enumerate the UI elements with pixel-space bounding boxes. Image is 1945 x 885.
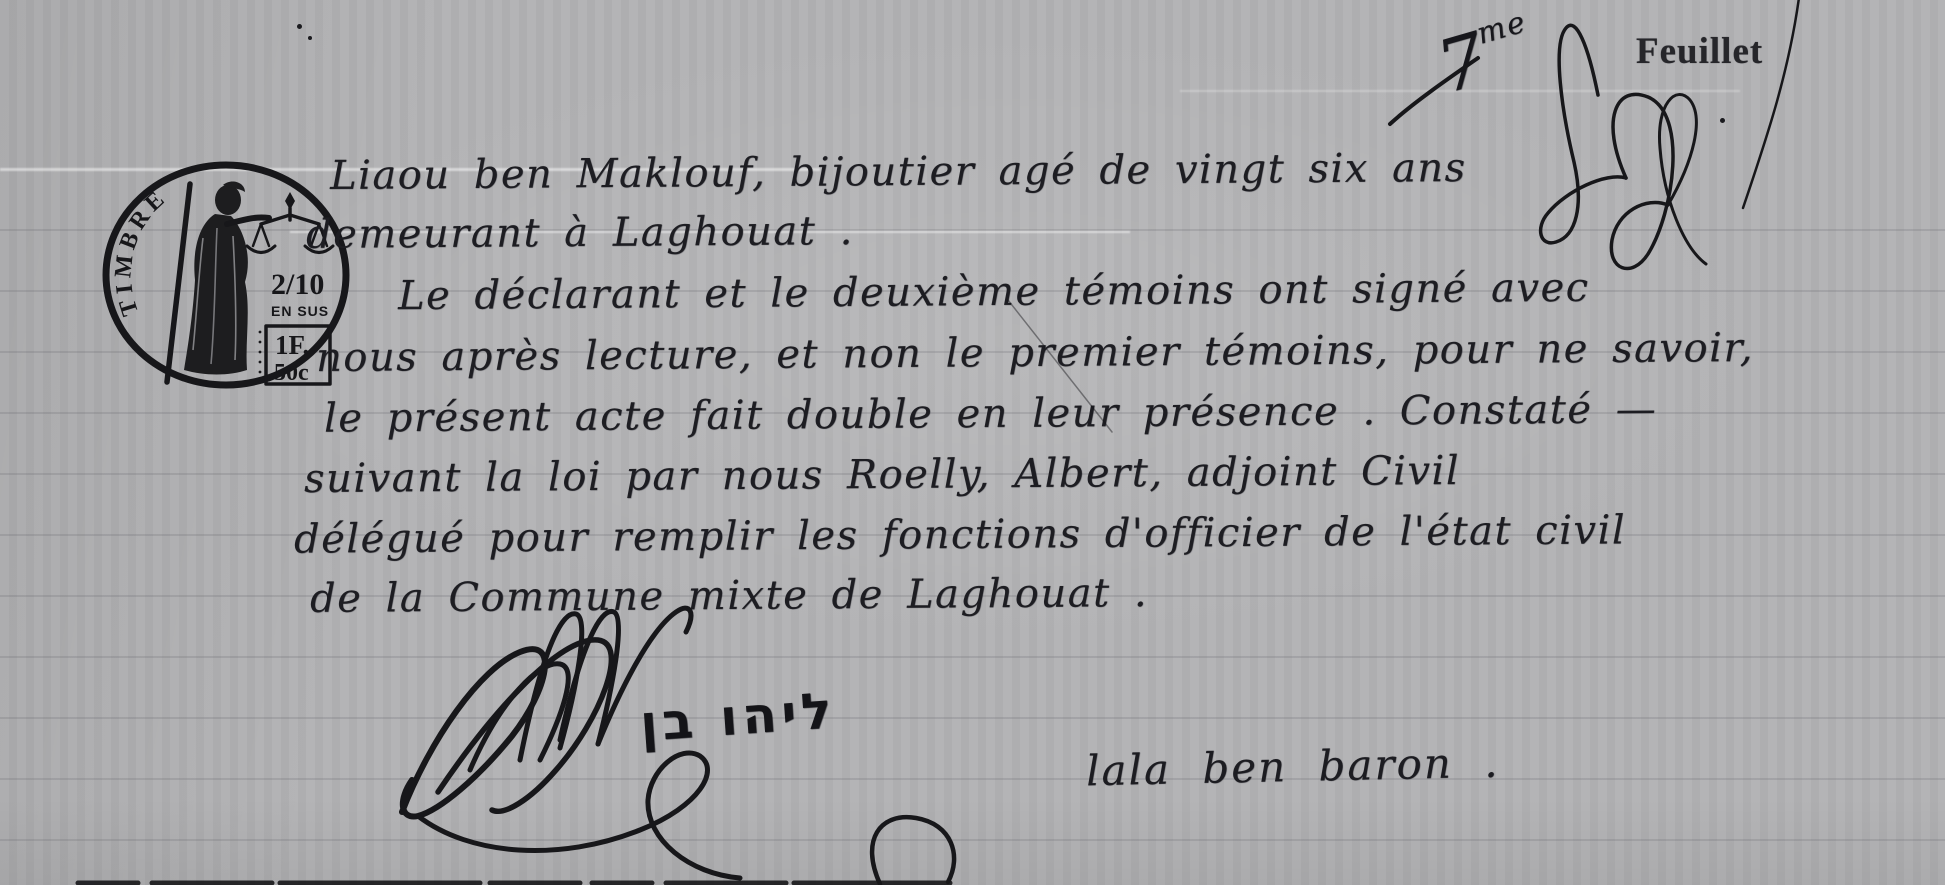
ink-speck [297,24,302,29]
document-scan: Feuillet 7me TIMBRE [0,0,1945,885]
folio-pen-tail [1390,58,1478,124]
official-signature-scribble [402,608,954,884]
ink-flourishes [0,0,1945,885]
right-edge-stroke [1743,0,1800,208]
stray-stroke [1008,300,1112,432]
header-flourish [1541,25,1706,268]
ink-speck [1720,118,1725,123]
ink-speck [308,36,312,40]
